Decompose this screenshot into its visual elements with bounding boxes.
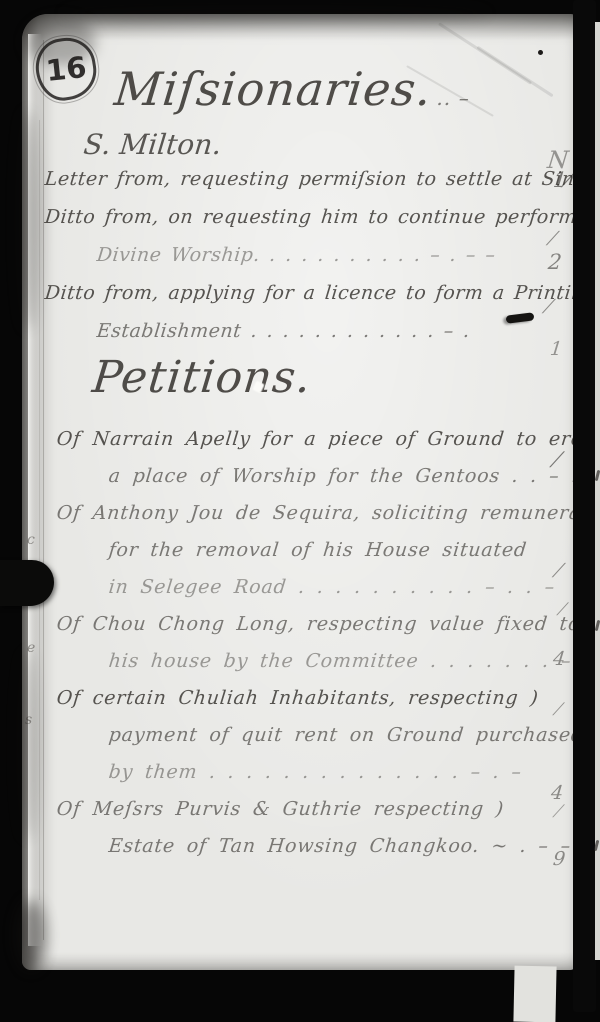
folio-number: 16	[44, 50, 88, 88]
heading-text: Petitions.	[90, 352, 314, 403]
index-entry-line: payment of quit rent on Ground purchased	[42, 724, 576, 761]
index-entry-line: Ditto from, on requesting him to continu…	[30, 206, 574, 244]
index-entry-line: Of Chou Chong Long, respecting value fix…	[42, 613, 576, 650]
margin-page-number: 1	[549, 338, 563, 360]
margin-page-number: 4	[552, 648, 566, 670]
index-entry-line: Divine Worship. . . . . . . . . . . – . …	[30, 244, 574, 282]
scan-edge-shadow	[16, 900, 46, 970]
index-entry-line: Of Anthony Jou de Sequira, soliciting re…	[42, 502, 576, 539]
index-entry-line: Of Meſsrs Purvis & Guthrie respecting )	[42, 798, 576, 835]
book-gutter	[573, 0, 596, 1012]
subheading-milton: S. Milton.	[82, 128, 223, 161]
paper-tab	[513, 966, 556, 1022]
index-entry-line: in Selegee Road . . . . . . . . . . – . …	[42, 576, 576, 613]
ink-dot	[538, 50, 543, 55]
scan-edge-shadow	[18, 650, 38, 840]
margin-page-number: 2	[547, 250, 563, 274]
margin-mark: e	[27, 640, 35, 656]
section-heading-petitions: Petitions.	[90, 352, 314, 403]
index-entry-line: by them . . . . . . . . . . . . . . – . …	[42, 761, 576, 798]
thumb-tab-shadow	[0, 560, 54, 606]
index-entries-petitions: Of Narrain Apelly for a piece of Ground …	[42, 428, 572, 872]
index-entry-line: his house by the Committee . . . . . . .…	[42, 650, 576, 687]
margin-page-number: 4	[550, 782, 564, 804]
scanned-page-photo: 16 Miſsionaries... – S. Milton. Letter f…	[0, 0, 600, 1022]
index-entry-line: a place of Worship for the Gentoos . . –…	[42, 465, 576, 502]
margin-page-number: 1⁄	[552, 168, 571, 192]
index-entry-line: for the removal of his House situated	[42, 539, 576, 576]
index-entries-missionaries: Letter from, requesting permiſsion to se…	[30, 168, 570, 358]
margin-mark: c	[27, 532, 35, 548]
section-heading-missionaries: Miſsionaries... –	[112, 62, 474, 116]
heading-trailer: .. –	[436, 86, 472, 110]
index-entry-line: Of Narrain Apelly for a piece of Ground …	[42, 428, 576, 465]
margin-mark: s	[25, 712, 32, 728]
next-page-edge	[595, 22, 600, 960]
index-entry-line: Estate of Tan Howsing Changkoo. ~ . – – …	[42, 835, 576, 872]
scan-edge-shadow	[60, 8, 490, 20]
index-entry-line: Of certain Chuliah Inhabitants, respecti…	[42, 687, 576, 724]
heading-text: Miſsionaries.	[112, 62, 435, 116]
index-entry-line: Ditto from, applying for a licence to fo…	[30, 282, 574, 320]
index-entry-line: Letter from, requesting permiſsion to se…	[30, 168, 574, 206]
margin-page-number: 9	[552, 848, 566, 870]
